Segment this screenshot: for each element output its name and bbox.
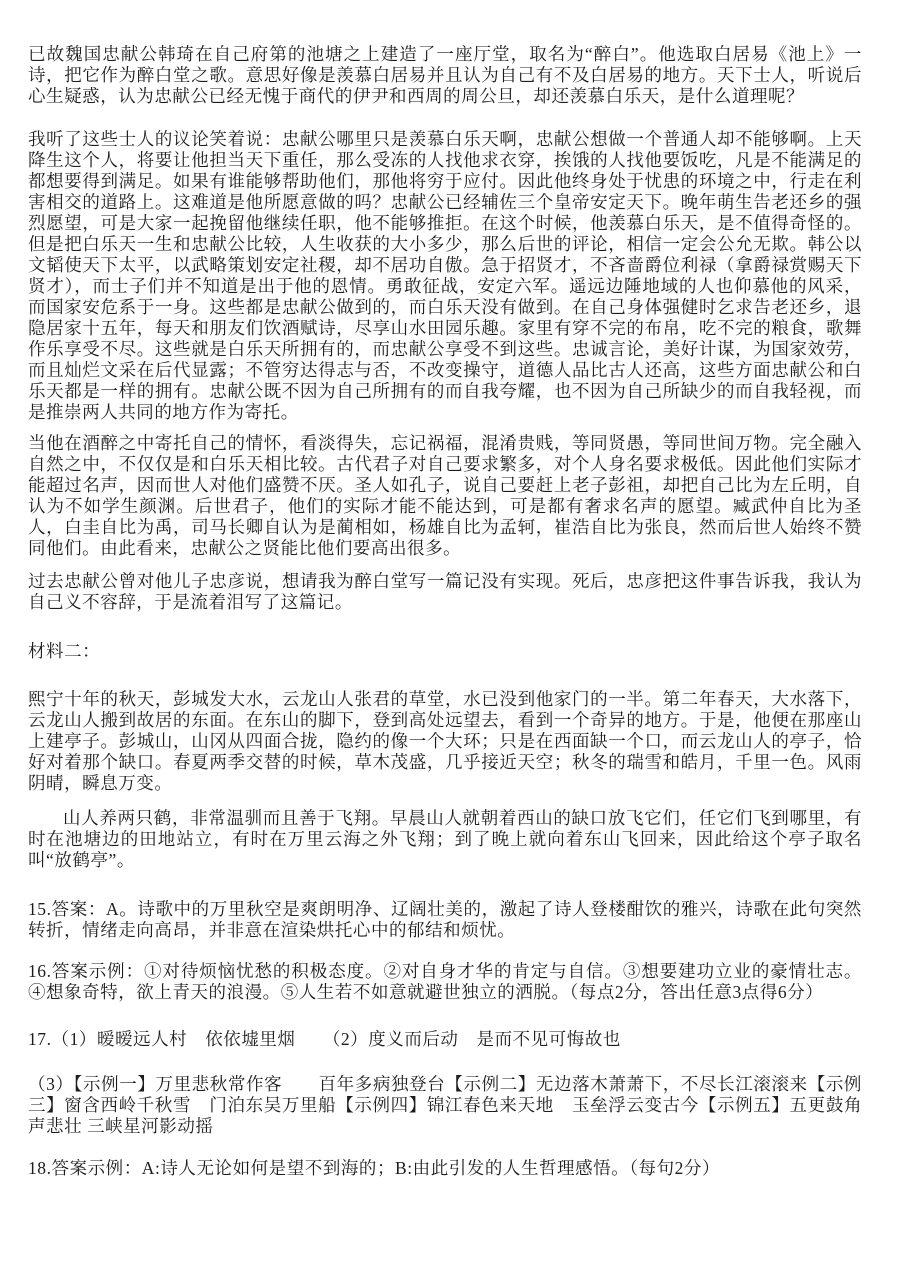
material-two-heading: 材料二： [28,641,862,662]
answer-question-16: 16.答案示例：①对待烦恼忧愁的积极态度。②对自身才华的肯定与自信。③想要建功立… [28,961,862,1003]
answer-key-document-page: 已故魏国忠献公韩琦在自己府第的池塘之上建造了一座厅堂，取名为“醉白”。他选取白居… [0,0,900,1273]
material-two-section: 材料二： 熙宁十年的秋天，彭城发大水，云龙山人张君的草堂，水已没到他家门的一半。… [28,641,862,871]
answer-question-18: 18.答案示例：A:诗人无论如何是望不到海的；B:由此引发的人生哲理感悟。（每句… [28,1158,862,1179]
material-one-paragraph-3: 当他在酒醉之中寄托自己的情怀，看淡得失，忘记祸福，混淆贵贱，等同贤愚，等同世间万… [28,433,862,559]
material-one-paragraph-4: 过去忠献公曾对他儿子忠彦说，想请我为醉白堂写一篇记没有实现。死后，忠彦把这件事告… [28,571,862,613]
material-one-paragraph-2: 我听了这些士人的议论笑着说：忠献公哪里只是羡慕白乐天啊，忠献公想做一个普通人却不… [28,129,862,423]
answer-question-15: 15.答案：A。诗歌中的万里秋空是爽朗明净、辽阔壮美的，激起了诗人登楼酣饮的雅兴… [28,899,862,941]
material-two-paragraph-1: 熙宁十年的秋天，彭城发大水，云龙山人张君的草堂，水已没到他家门的一半。第二年春天… [28,689,862,794]
answer-question-17-parts-1-2: 17.（1）暧暧远人村 依依墟里烟 （2）度义而后动 是而不见可悔故也 [28,1029,862,1050]
answer-question-17-part-3: （3）【示例一】万里悲秋常作客 百年多病独登台【示例二】无边落木萧萧下，不尽长江… [28,1074,862,1137]
material-one-paragraph-1: 已故魏国忠献公韩琦在自己府第的池塘之上建造了一座厅堂，取名为“醉白”。他选取白居… [28,44,862,107]
material-one-section: 已故魏国忠献公韩琦在自己府第的池塘之上建造了一座厅堂，取名为“醉白”。他选取白居… [28,44,862,613]
answers-section: 15.答案：A。诗歌中的万里秋空是爽朗明净、辽阔壮美的，激起了诗人登楼酣饮的雅兴… [28,899,862,1179]
material-two-paragraph-2: 山人养两只鹤，非常温驯而且善于飞翔。早晨山人就朝着西山的缺口放飞它们，任它们飞到… [28,808,862,871]
